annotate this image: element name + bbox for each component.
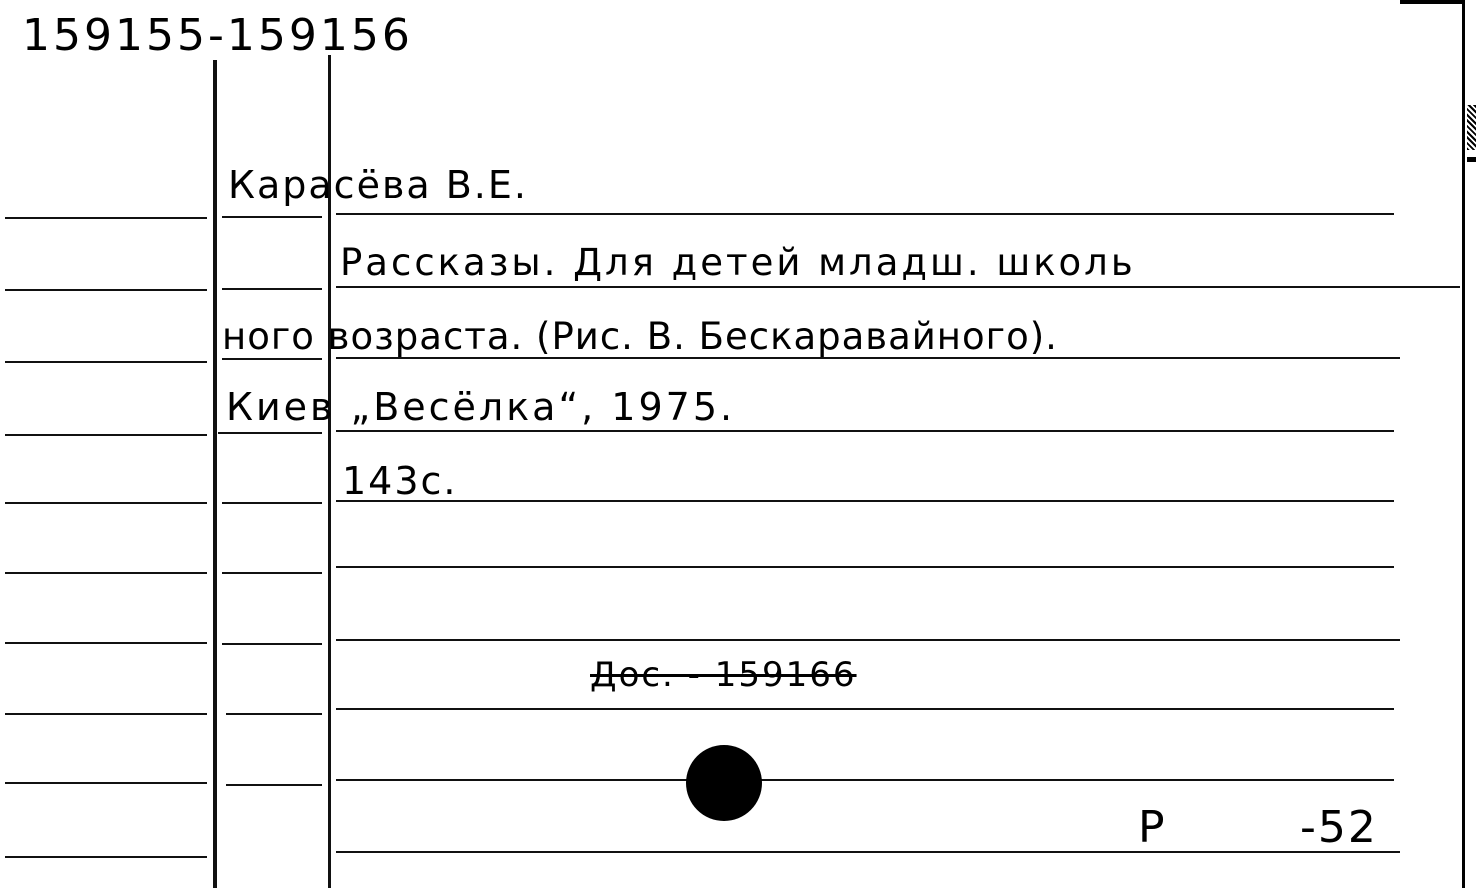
ruled-line: [5, 217, 207, 219]
crossed-out-note: Дос. - 159166: [590, 658, 857, 692]
ruled-line: [226, 713, 322, 715]
ruled-line: [5, 713, 207, 715]
ruled-line: [336, 708, 1394, 710]
title-line-2: ного возраста. (Рис. В. Бескаравайного).: [222, 318, 1058, 355]
ruled-line: [5, 572, 207, 574]
ruled-line: [5, 642, 207, 644]
ruled-line: [336, 430, 1394, 432]
ruled-line: [336, 286, 1460, 288]
shelf-mark-number: -52: [1300, 806, 1378, 850]
author-name: Карасёва В.Е.: [228, 166, 528, 204]
ruled-line: [222, 358, 322, 360]
ruled-line: [218, 432, 322, 434]
ruled-line: [226, 784, 322, 786]
ruled-line: [222, 572, 322, 574]
card-top-edge: [1400, 0, 1464, 4]
ruled-line: [222, 643, 322, 645]
ruled-line: [5, 856, 207, 858]
ruled-line: [5, 361, 207, 363]
catalog-card: 159155-159156 Карасёва В.Е. Рассказы. Дл…: [0, 0, 1476, 888]
ruled-line: [336, 639, 1400, 641]
ruled-line: [336, 500, 1394, 502]
card-punch-hole: [686, 745, 762, 821]
page-count: 143с.: [342, 462, 458, 500]
shelf-mark-letter: Р: [1138, 806, 1167, 850]
ruled-line: [222, 502, 322, 504]
ruled-line: [336, 851, 1400, 853]
ruled-line: [5, 289, 207, 291]
imprint: Киев „Весёлка“, 1975.: [226, 388, 735, 426]
card-right-edge: [1462, 0, 1465, 888]
ruled-line: [336, 566, 1394, 568]
ruled-line: [222, 288, 322, 290]
title-line-1: Рассказы. Для детей младш. школь: [340, 244, 1136, 281]
ruled-line: [5, 434, 207, 436]
scan-artifact: [1467, 105, 1476, 150]
ruled-line: [336, 213, 1394, 215]
ruled-line: [336, 779, 1394, 781]
scan-artifact: [1467, 157, 1476, 162]
inventory-numbers: 159155-159156: [22, 14, 413, 58]
ruled-line: [5, 502, 207, 504]
left-margin-rule: [213, 60, 217, 888]
ruled-line: [5, 782, 207, 784]
ruled-line: [222, 216, 322, 218]
